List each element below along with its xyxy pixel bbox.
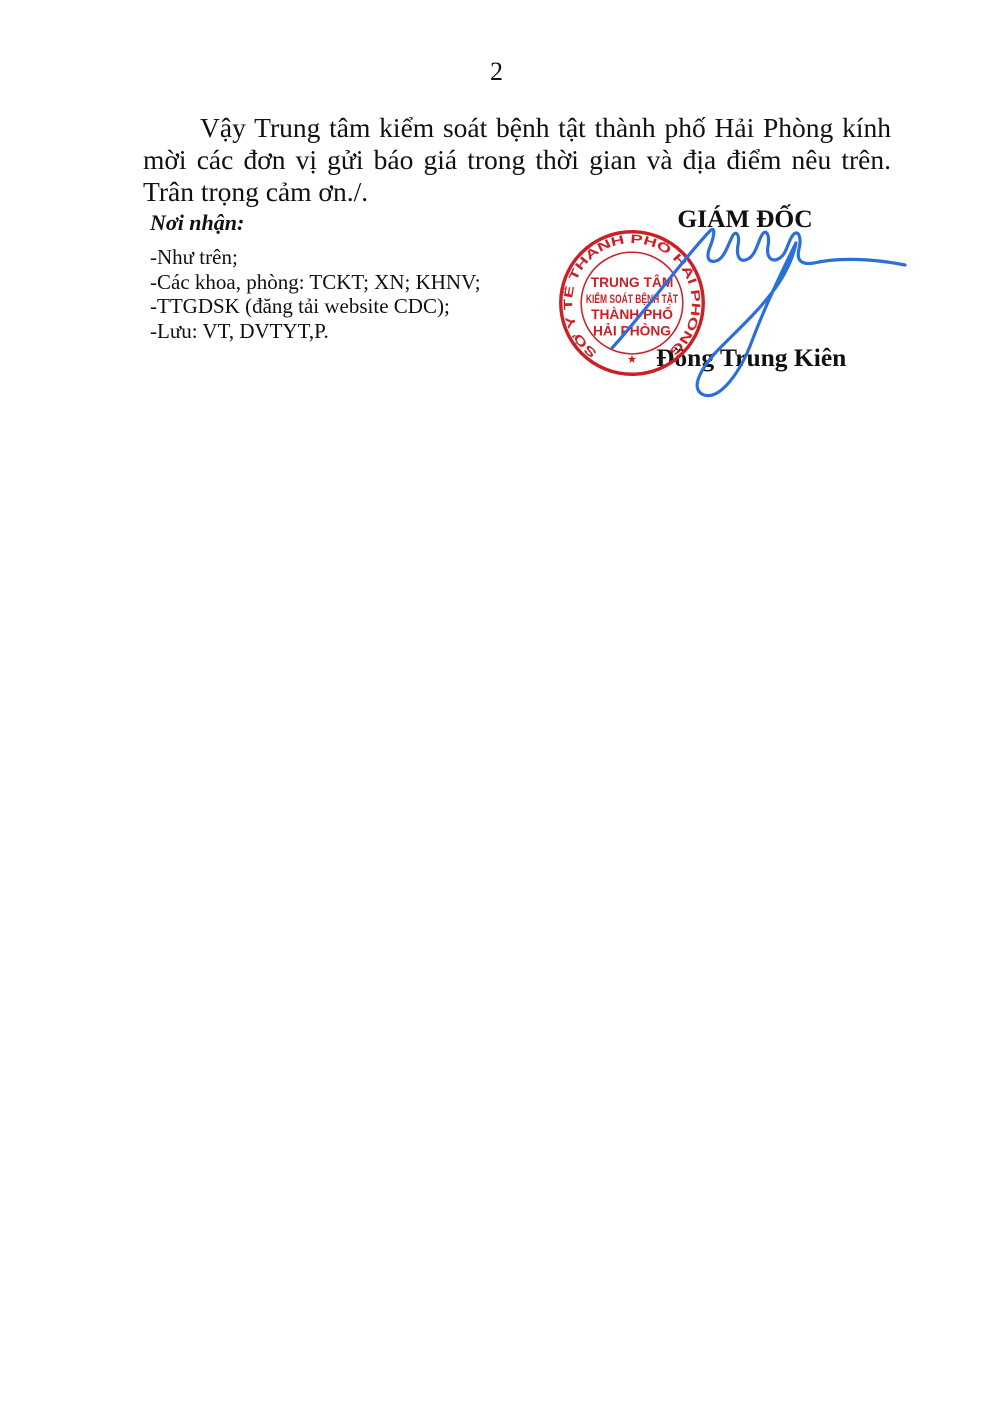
signature-scribble: [540, 213, 935, 403]
recipients-heading: Nơi nhận:: [150, 210, 510, 236]
recipient-item: -TTGDSK (đăng tải website CDC);: [150, 294, 510, 319]
document-page: 2 Vậy Trung tâm kiểm soát bệnh tật thành…: [0, 0, 993, 1404]
recipient-item: -Lưu: VT, DVTYT,P.: [150, 319, 510, 344]
signature-main-stroke: [612, 229, 905, 348]
page-number: 2: [0, 57, 993, 87]
body-paragraph: Vậy Trung tâm kiểm soát bệnh tật thành p…: [143, 112, 891, 208]
recipient-item: -Như trên;: [150, 245, 510, 270]
recipients-block: Nơi nhận: -Như trên; -Các khoa, phòng: T…: [150, 210, 510, 343]
signature-descender-loop: [697, 243, 796, 396]
recipient-item: -Các khoa, phòng: TCKT; XN; KHNV;: [150, 270, 510, 295]
